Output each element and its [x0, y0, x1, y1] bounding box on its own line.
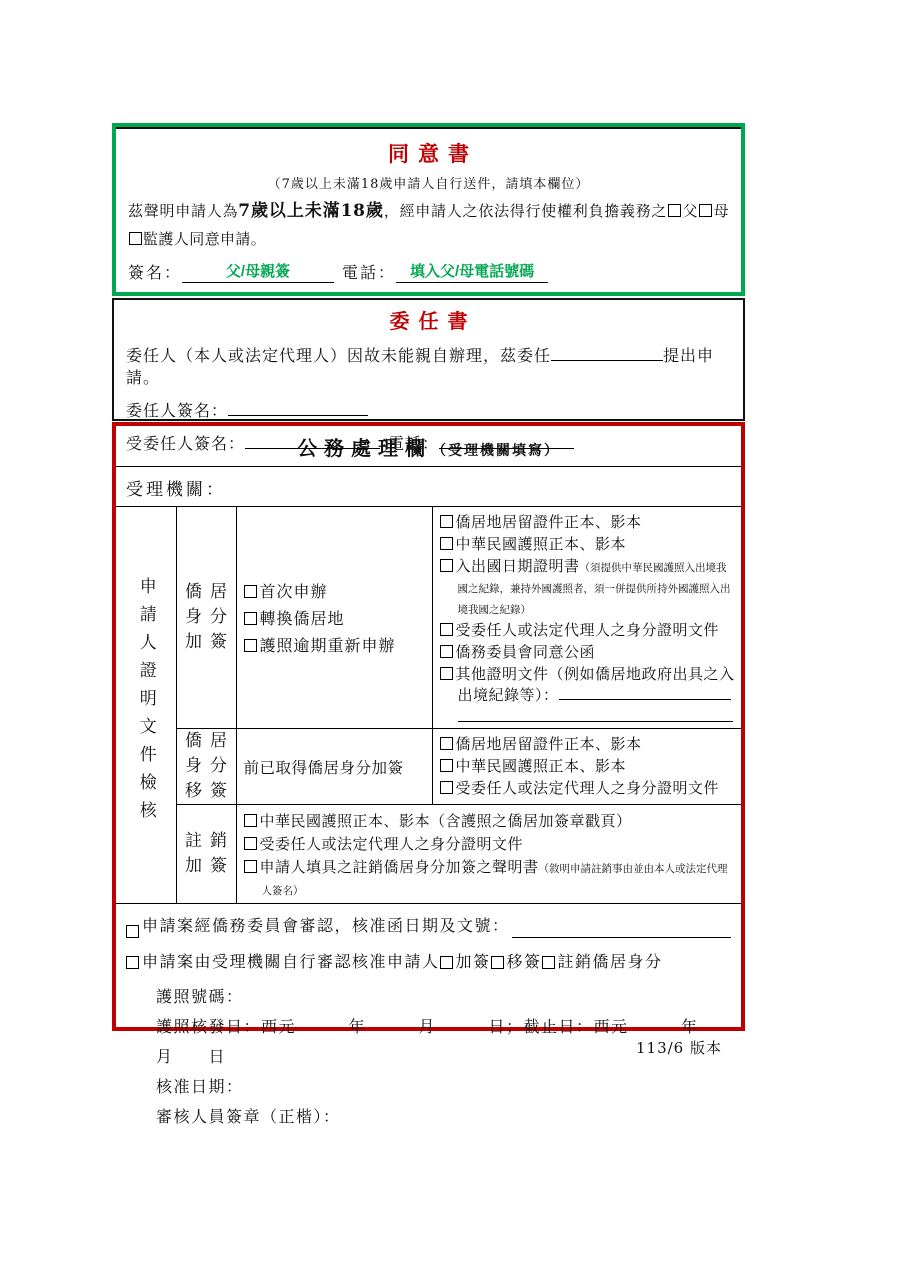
principal-signature-field[interactable] — [228, 398, 368, 416]
doc-label: 僑居地居留證件正本、影本 — [456, 513, 642, 531]
version-label: 113/6 版本 — [636, 1037, 722, 1058]
official-section: 公務處理欄（受理機關填寫） 受理機關： 申請人證明文件檢核 僑居身分加簽 首次申… — [112, 422, 745, 1031]
option-item: 轉換僑居地 — [244, 606, 430, 629]
doc-checkbox[interactable] — [440, 645, 453, 658]
official-bottom-block: 申請案經僑務委員會審認，核准函日期及文號： 申請案由受理機關自行審認核准申請人加… — [116, 904, 741, 1132]
delegate-sign-label: 受委任人簽名： — [126, 434, 245, 453]
option-label: 轉換僑居地 — [260, 609, 345, 628]
passport-number-label: 護照號碼： — [156, 987, 244, 1006]
statement-mid: ，經申請人之依法得行使權利負擔義務之 — [384, 202, 667, 220]
doc-item: 申請人填具之註銷僑居身分加簽之聲明書（敘明申請註銷事由並由本人或法定代理人簽名） — [244, 856, 736, 900]
doc-checkbox[interactable] — [440, 759, 453, 772]
doc-item: 僑務委員會同意公函 — [440, 642, 736, 663]
reviewer-label: 審核人員簽章（正楷）： — [156, 1107, 341, 1126]
doc-checkbox[interactable] — [440, 667, 453, 680]
transfer-docs-cell: 僑居地居留證件正本、影本 中華民國護照正本、影本 受委任人或法定代理人之身分證明… — [432, 729, 741, 805]
doc-checkbox[interactable] — [244, 814, 257, 827]
doc-item: 入出國日期證明書（須提供中華民國護照入出境我國之紀錄，兼持外國護照者，須一併提供… — [440, 556, 736, 619]
guardian-checkbox[interactable] — [129, 232, 142, 245]
father-label: 父 — [682, 202, 698, 220]
delegation-line1-prefix: 委任人（本人或法定代理人）因故未能親自辦理，茲委任 — [126, 346, 551, 365]
delegation-line1: 委任人（本人或法定代理人）因故未能親自辦理，茲委任提出申請。 — [126, 343, 731, 389]
other-doc-field[interactable] — [559, 685, 731, 700]
first-application-checkbox[interactable] — [244, 585, 257, 598]
consent-sign-label: 簽名： — [128, 260, 182, 283]
doc-checkbox[interactable] — [440, 559, 453, 572]
delegate-name-field[interactable] — [551, 343, 663, 361]
consent-phone-hint: 填入父/母電話號碼 — [410, 260, 534, 281]
row-endorsement-type-cell: 僑居身分加簽 — [176, 507, 236, 729]
doc-label: 中華民國護照正本、影本 — [456, 757, 627, 775]
accepting-agency-label: 受理機關： — [126, 480, 226, 500]
doc-label: 中華民國護照正本、影本（含護照之僑居加簽章戳頁） — [260, 812, 632, 830]
doc-checkbox[interactable] — [440, 781, 453, 794]
transfer-type-label: 僑居身分移簽 — [185, 729, 227, 804]
mother-checkbox[interactable] — [699, 204, 712, 217]
consent-signature-field[interactable]: 父/母親簽 — [182, 262, 334, 283]
agency-review-label: 申請案由受理機關自行審認核准申請人 — [142, 952, 440, 971]
approval-letter-number-field[interactable] — [512, 918, 731, 938]
endorsement-docs-cell: 僑居地居留證件正本、影本 中華民國護照正本、影本 入出國日期證明書（須提供中華民… — [432, 507, 741, 729]
agency-review-checkbox[interactable] — [126, 956, 139, 969]
reviewer-line: 審核人員簽章（正楷）： — [126, 1102, 731, 1132]
endorsement-options-cell: 首次申辦 轉換僑居地 護照逾期重新申辦 — [236, 507, 432, 729]
expired-passport-checkbox[interactable] — [244, 639, 257, 652]
transfer-condition-cell: 前已取得僑居身分加簽 — [236, 729, 432, 805]
accepting-agency-row: 受理機關： — [116, 467, 741, 506]
delegate-phone-field[interactable] — [439, 431, 574, 449]
ocac-review-line: 申請案經僑務委員會審認，核准函日期及文號： — [126, 914, 731, 938]
consent-statement: 茲聲明申請人為7歲以上未滿18歲，經申請人之依法得行使權利負擔義務之父母監護人同… — [128, 197, 729, 253]
doc-item: 受委任人或法定代理人之身分證明文件 — [440, 620, 736, 641]
endorse-checkbox[interactable] — [440, 956, 453, 969]
transfer-checkbox[interactable] — [491, 956, 504, 969]
consent-signature-hint: 父/母親簽 — [226, 260, 290, 281]
cancel-docs-cell: 中華民國護照正本、影本（含護照之僑居加簽章戳頁） 受委任人或法定代理人之身分證明… — [236, 805, 741, 904]
row-transfer-type-cell: 僑居身分移簽 — [176, 729, 236, 805]
doc-label: 入出國日期證明書 — [456, 557, 580, 575]
consent-signature-row: 簽名： 父/母親簽 電話： 填入父/母電話號碼 — [128, 260, 729, 283]
consent-section-inner: 同意書 （7歲以上未滿18歲申請人自行送件，請填本欄位） 茲聲明申請人為7歲以上… — [116, 127, 741, 292]
agency-review-line: 申請案由受理機關自行審認核准申請人加簽移簽註銷僑居身分 — [126, 950, 731, 974]
doc-item: 僑居地居留證件正本、影本 — [440, 734, 736, 755]
change-residence-checkbox[interactable] — [244, 612, 257, 625]
table-header-vertical: 申請人證明文件檢核 — [116, 507, 176, 904]
cancel-type-label: 註銷加簽 — [185, 829, 227, 879]
approval-date-label: 核准日期： — [156, 1077, 244, 1096]
principal-sign-label: 委任人簽名： — [126, 401, 228, 420]
option-label: 首次申辦 — [260, 582, 328, 601]
cancel-label: 註銷僑居身分 — [558, 952, 663, 971]
doc-item: 僑居地居留證件正本、影本 — [440, 512, 736, 533]
guardian-label: 監護人同意申請。 — [143, 230, 266, 248]
mother-label: 母 — [713, 202, 729, 220]
doc-checkbox[interactable] — [244, 860, 257, 873]
doc-label: 僑居地居留證件正本、影本 — [456, 735, 642, 753]
doc-label: 僑務委員會同意公函 — [456, 643, 596, 661]
doc-item: 受委任人或法定代理人之身分證明文件 — [244, 833, 736, 855]
application-form: 同意書 （7歲以上未滿18歲申請人自行送件，請填本欄位） 茲聲明申請人為7歲以上… — [112, 123, 745, 1031]
doc-label: 中華民國護照正本、影本 — [456, 535, 627, 553]
doc-label: 申請人填具之註銷僑居身分加簽之聲明書 — [260, 858, 539, 876]
consent-title: 同意書 — [128, 138, 729, 168]
doc-label: 受委任人或法定代理人之身分證明文件 — [456, 621, 720, 639]
doc-item: 受委任人或法定代理人之身分證明文件 — [440, 778, 736, 799]
doc-item: 其他證明文件（例如僑居地政府出具之入出境紀錄等）： — [440, 664, 736, 706]
approval-date-line: 核准日期： — [126, 1072, 731, 1102]
row-cancel-type-cell: 註銷加簽 — [176, 805, 236, 904]
form-page: 同意書 （7歲以上未滿18歲申請人自行送件，請填本欄位） 茲聲明申請人為7歲以上… — [0, 0, 904, 1280]
doc-label: 受委任人或法定代理人之身分證明文件 — [260, 835, 524, 853]
transfer-label: 移簽 — [507, 952, 542, 971]
other-doc-field-continued[interactable] — [458, 707, 734, 722]
doc-checkbox[interactable] — [440, 515, 453, 528]
doc-checkbox[interactable] — [244, 837, 257, 850]
delegate-signature-field[interactable] — [245, 431, 380, 449]
delegation-line2: 委任人簽名： — [126, 398, 731, 422]
consent-section: 同意書 （7歲以上未滿18歲申請人自行送件，請填本欄位） 茲聲明申請人為7歲以上… — [112, 123, 745, 296]
delegation-section: 委任書 委任人（本人或法定代理人）因故未能親自辦理，茲委任提出申請。 委任人簽名… — [112, 298, 745, 421]
endorsement-type-label: 僑居身分加簽 — [185, 580, 227, 655]
doc-item: 中華民國護照正本、影本 — [440, 756, 736, 777]
transfer-condition-label: 前已取得僑居身分加簽 — [244, 759, 404, 777]
option-item: 護照逾期重新申辦 — [244, 633, 430, 656]
ocac-review-checkbox[interactable] — [126, 925, 139, 938]
consent-phone-label: 電話： — [342, 260, 396, 283]
doc-item: 中華民國護照正本、影本 — [440, 534, 736, 555]
delegation-title: 委任書 — [126, 305, 731, 334]
consent-subtitle: （7歲以上未滿18歲申請人自行送件，請填本欄位） — [128, 173, 729, 192]
ocac-review-label: 申請案經僑務委員會審認，核准函日期及文號： — [142, 914, 510, 938]
statement-prefix: 茲聲明申請人為 — [128, 202, 238, 220]
option-item: 首次申辦 — [244, 579, 430, 602]
vertical-header-label: 申請人證明文件檢核 — [136, 577, 156, 829]
cancel-checkbox[interactable] — [542, 956, 555, 969]
endorse-label: 加簽 — [456, 952, 491, 971]
doc-checkbox[interactable] — [440, 737, 453, 750]
consent-phone-field[interactable]: 填入父/母電話號碼 — [396, 262, 548, 283]
passport-number-line: 護照號碼： — [126, 982, 731, 1012]
doc-label: 受委任人或法定代理人之身分證明文件 — [456, 779, 720, 797]
option-label: 護照逾期重新申辦 — [260, 636, 396, 655]
doc-item: 中華民國護照正本、影本（含護照之僑居加簽章戳頁） — [244, 810, 736, 832]
statement-age-bold: 7歲以上未滿18歲 — [238, 201, 384, 221]
document-check-table: 申請人證明文件檢核 僑居身分加簽 首次申辦 轉換僑居地 護照逾期重新申辦 僑居地… — [116, 506, 741, 904]
doc-checkbox[interactable] — [440, 623, 453, 636]
father-checkbox[interactable] — [668, 204, 681, 217]
doc-checkbox[interactable] — [440, 537, 453, 550]
